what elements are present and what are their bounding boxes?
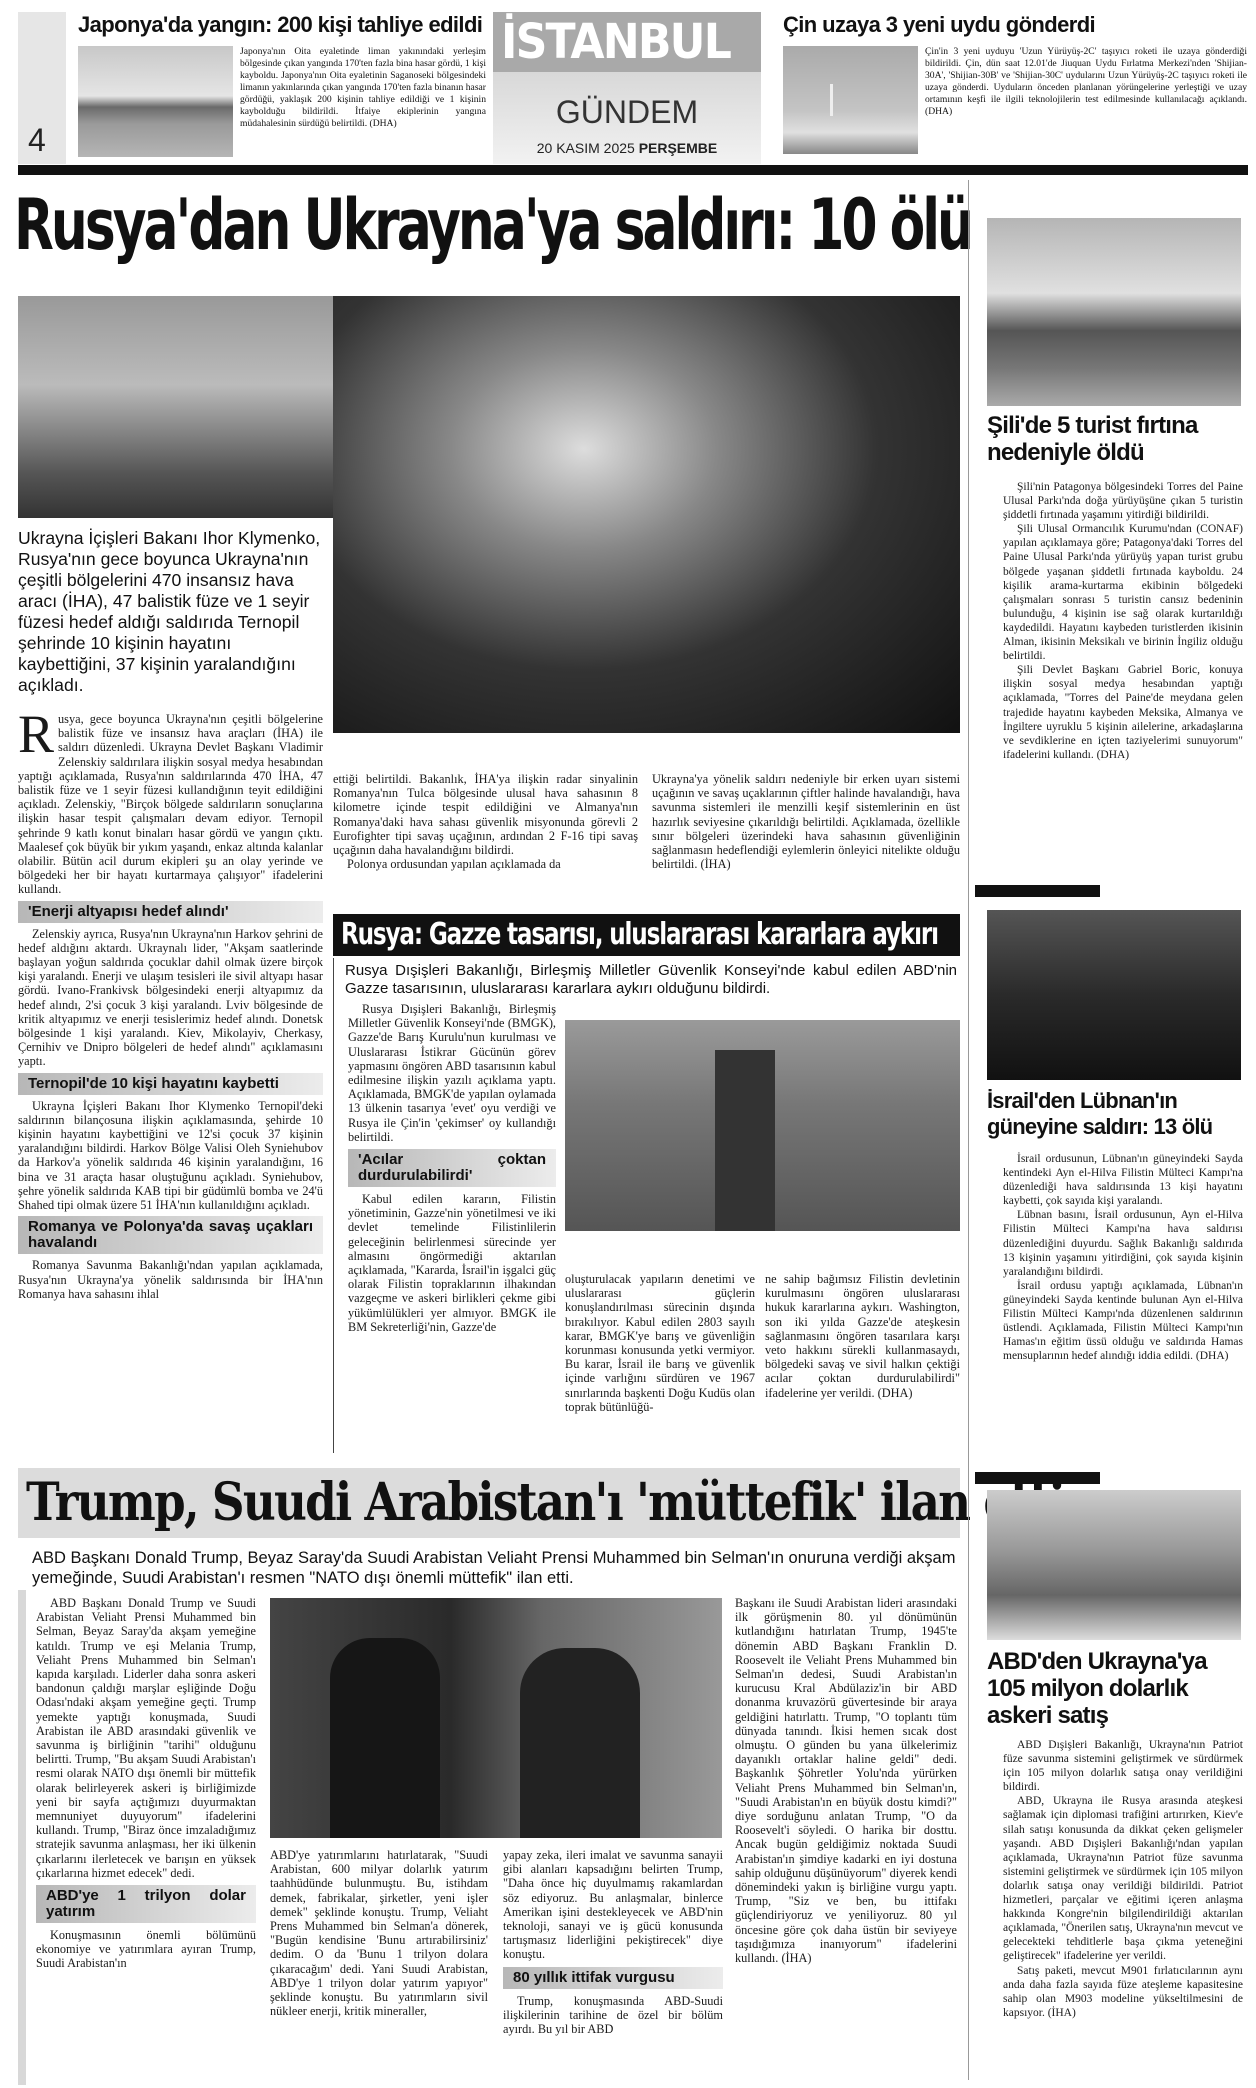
tower-silhouette (715, 1050, 775, 1231)
section-name: GÜNDEM (493, 94, 761, 131)
trump-col3: yapay zeka, ileri imalat ve savunma sana… (503, 1848, 723, 2036)
trump-col3-text: yapay zeka, ileri imalat ve savunma sana… (503, 1848, 723, 1962)
main-col3-text: Ukrayna'ya yönelik saldırı nedeniyle bir… (652, 772, 960, 871)
main-col2-text: ettiği belirtildi. Bakanlık, İHA'ya iliş… (333, 772, 638, 857)
masthead-block: İSTANBUL GÜNDEM 20 KASIM 2025 PERŞEMBE (493, 12, 761, 164)
main-col2-text-b: Polonya ordusundan yapılan açıklamada da (333, 857, 638, 871)
main-paragraph-2: Zelenskiy ayrıca, Rusya'nın Ukrayna'nın … (18, 927, 323, 1069)
lebanon-headline: İsrail'den Lübnan'ın güneyine saldırı: 1… (987, 1088, 1242, 1140)
main-paragraph-4: Romanya Savunma Bakanlığı'ndan yapılan a… (18, 1258, 323, 1301)
gaza-col1: Rusya Dışişleri Bakanlığı, Birleşmiş Mil… (348, 1002, 556, 1334)
chile-paragraph-2: Şili Ulusal Ormancılık Kurumu'ndan (CONA… (1003, 522, 1243, 663)
main-paragraph-1: usya, gece boyunca Ukrayna'nın çeşitli b… (18, 712, 323, 896)
trump-col1: ABD Başkanı Donald Trump ve Suudi Arabis… (36, 1596, 256, 1971)
sidebar-divider-1 (975, 885, 1100, 897)
gaza-col2-text: oluşturulacak yapıların denetimi ve ulus… (565, 1272, 755, 1414)
gaza-headline: Rusya: Gazze tasarısı, uluslararası kara… (341, 917, 938, 952)
trump-left-rule (18, 1590, 26, 2085)
burning-building-photo (18, 296, 363, 518)
trump-col4-text: Başkanı ile Suudi Arabistan lideri arası… (735, 1596, 957, 1965)
lebanon-paragraph-2: Lübnan basını, İsrail ordusunun, Ayn el-… (1003, 1208, 1243, 1278)
snowy-mountains-photo (987, 218, 1241, 406)
moscow-ministry-building-photo (565, 1020, 960, 1231)
trump-paragraph-2: Konuşmasının önemli bölümünü ekonomiye v… (36, 1928, 256, 1971)
main-col1: Rusya, gece boyunca Ukrayna'nın çeşitli … (18, 712, 323, 1301)
harbor-boats-photo (78, 46, 233, 157)
trump-col4: Başkanı ile Suudi Arabistan lideri arası… (735, 1596, 957, 1965)
gaza-lead: Rusya Dışişleri Bakanlığı, Birleşmiş Mil… (345, 962, 957, 998)
gaza-col3-text: ne sahip bağımsız Filistin devletinin ku… (765, 1272, 960, 1400)
teaser-body: Çin'in 3 yeni uyduyu 'Uzun Yürüyüş-2C' t… (925, 46, 1247, 118)
trump-headline-bar: Trump, Suudi Arabistan'ı 'müttefik' ilan… (18, 1468, 960, 1538)
trump-paragraph-1: ABD Başkanı Donald Trump ve Suudi Arabis… (36, 1596, 256, 1880)
patriot-body: ABD Dışişleri Bakanlığı, Ukrayna'nın Pat… (1003, 1738, 1243, 2020)
lebanon-paragraph-3: İsrail ordusu yaptığı açıklamada, Lübnan… (1003, 1279, 1243, 1364)
main-headline: Rusya'dan Ukrayna'ya saldırı: 10 ölü (14, 184, 971, 266)
main-paragraph-3: Ukrayna İçişleri Bakanı Ihor Klymenko Te… (18, 1099, 323, 1213)
trump-headline: Trump, Suudi Arabistan'ı 'müttefik' ilan… (26, 1472, 1064, 1533)
masthead-divider (18, 165, 1248, 175)
patriot-launchers-snow-photo (987, 1490, 1241, 1640)
subhead-alliance: 80 yıllık ittifak vurgusu (503, 1967, 723, 1989)
chile-headline: Şili'de 5 turist fırtına nedeniyle öldü (987, 412, 1242, 466)
patriot-paragraph-2: ABD, Ukrayna ile Rusya arasında ateşkesi… (1003, 1794, 1243, 1963)
subhead-romania: Romanya ve Polonya'da savaş uçakları hav… (18, 1216, 323, 1254)
teaser-headline: Japonya'da yangın: 200 kişi tahliye edil… (78, 12, 488, 38)
chile-paragraph-1: Şili'nin Patagonya bölgesindeki Torres d… (1003, 480, 1243, 522)
teaser-body: Japonya'nın Oita eyaletinde liman yakını… (240, 46, 486, 130)
night-city-smoke-photo (987, 910, 1241, 1080)
teaser-headline: Çin uzaya 3 yeni uydu gönderdi (783, 12, 1248, 38)
trump-lead: ABD Başkanı Donald Trump, Beyaz Saray'da… (32, 1548, 957, 1588)
trump-col2-text: ABD'ye yatırımlarını hatırlatarak, "Suud… (270, 1848, 488, 2018)
figure-right (520, 1648, 640, 1838)
weekday-text: PERŞEMBE (639, 140, 718, 156)
subhead-energy: 'Enerji altyapısı hedef alındı' (18, 901, 323, 923)
subhead-investment: ABD'ye 1 trilyon dolar yatırım (36, 1885, 256, 1923)
gaza-col3: ne sahip bağımsız Filistin devletinin ku… (765, 1272, 960, 1400)
lebanon-paragraph-1: İsrail ordusunun, Lübnan'ın güneyindeki … (1003, 1152, 1243, 1208)
firefighter-warehouse-fire-photo (333, 296, 960, 733)
teaser-china: Çin uzaya 3 yeni uydu gönderdi Çin'in 3 … (783, 12, 1248, 164)
teaser-japan: Japonya'da yangın: 200 kişi tahliye edil… (78, 12, 488, 164)
gaza-col2: oluşturulacak yapıların denetimi ve ulus… (565, 1272, 755, 1414)
sidebar-rule (968, 180, 969, 2080)
drop-cap: R (18, 712, 54, 756)
rocket-launch-photo (783, 46, 918, 154)
patriot-headline: ABD'den Ukrayna'ya 105 milyon dolarlık a… (987, 1648, 1242, 1729)
chile-body: Şili'nin Patagonya bölgesindeki Torres d… (1003, 480, 1243, 762)
patriot-paragraph-1: ABD Dışişleri Bakanlığı, Ukrayna'nın Pat… (1003, 1738, 1243, 1794)
rocket-icon (830, 84, 833, 116)
lebanon-body: İsrail ordusunun, Lübnan'ın güneyindeki … (1003, 1152, 1243, 1363)
sidebar-divider-2 (975, 1472, 1100, 1484)
trump-paragraph-3: Trump, konuşmasında ABD-Suudi ilişkileri… (503, 1994, 723, 2037)
subhead-ternopil: Ternopil'de 10 kişi hayatını kaybetti (18, 1073, 323, 1095)
subhead-suffering: 'Acılar çoktan durdurulabilirdi' (348, 1149, 556, 1187)
page-number: 4 (28, 122, 46, 159)
gaza-headline-bar: Rusya: Gazze tasarısı, uluslararası kara… (333, 914, 960, 956)
date-text: 20 KASIM 2025 (537, 140, 635, 156)
figure-left (330, 1638, 440, 1838)
gaza-paragraph-1: Rusya Dışişleri Bakanlığı, Birleşmiş Mil… (348, 1002, 556, 1144)
issue-date: 20 KASIM 2025 PERŞEMBE (493, 140, 761, 156)
paper-name: İSTANBUL (501, 14, 730, 70)
trump-col2: ABD'ye yatırımlarını hatırlatarak, "Suud… (270, 1848, 488, 2018)
gaza-paragraph-2: Kabul edilen kararın, Filistin yönetimin… (348, 1192, 556, 1334)
gaza-left-rule (333, 958, 334, 1453)
trump-bin-salman-handshake-photo (270, 1598, 722, 1838)
main-col2: ettiği belirtildi. Bakanlık, İHA'ya iliş… (333, 772, 638, 871)
main-col3: Ukrayna'ya yönelik saldırı nedeniyle bir… (652, 772, 960, 871)
patriot-paragraph-3: Satış paketi, mevcut M901 fırlatıcıların… (1003, 1964, 1243, 2020)
chile-paragraph-3: Şili Devlet Başkanı Gabriel Boric, konuy… (1003, 663, 1243, 762)
main-lead: Ukrayna İçişleri Bakanı Ihor Klymenko, R… (18, 528, 328, 696)
